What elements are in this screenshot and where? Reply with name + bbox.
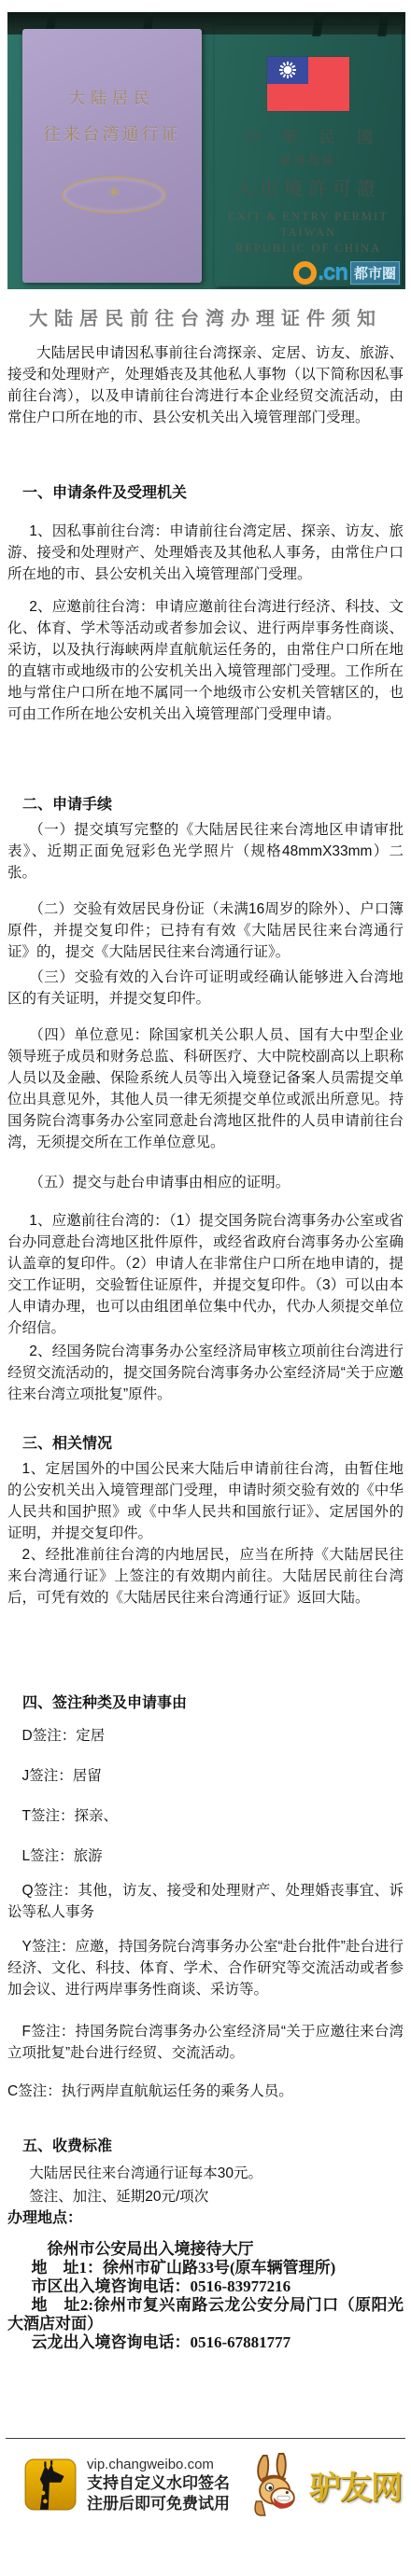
location-phone2: 云龙出入境咨询电话：0516-67881777: [7, 2333, 404, 2352]
fee-line: 大陆居民往来台湾通行证每本30元。: [7, 2163, 404, 2184]
visa-type-j: J签注：居留: [7, 1765, 404, 1787]
changweibo-slogan-1: 支持自定义水印签名: [87, 2473, 230, 2493]
section2-paragraph: （三）交验有效的入台许可证明或经确认能够进入台湾地区的有关证明，并提交复印件。: [7, 967, 404, 1010]
section2-paragraph: 2、经国务院台湾事务办公室经济局审核立项前往台湾进行经贸交流活动的，提交国务院台…: [7, 1341, 404, 1405]
notice-body: 大陆居民申请因私事前往台湾探亲、定居、访友、旅游、接受和处理财产，处理婚丧及其他…: [0, 342, 411, 2352]
changweibo-slogan-2: 注册后即可免费试用: [87, 2494, 230, 2513]
taiwan-entry-permit-booklet: 中 華 民 國 臺灣地區 入出境許可證 EXIT & ENTRY PERMIT …: [215, 25, 402, 286]
roc-title: 中 華 民 國: [215, 124, 402, 147]
section1-paragraph: 2、应邀前往台湾：申请应邀前往台湾进行经济、科技、文化、体育、学术等活动或者参加…: [7, 596, 404, 725]
footer-divider: [6, 2438, 405, 2439]
mainland-travel-permit-booklet: 大陆居民 往来台湾通行证 ✶: [22, 29, 202, 283]
taiwan-flag-icon: [267, 57, 349, 111]
white-sun-icon: [277, 60, 298, 80]
location-address2: 地 址2:徐州市复兴南路云龙公安分局门口（原阳光大酒店对面）: [7, 2296, 404, 2333]
section3-paragraph: 1、定居国外的中国公民来大陆后申请前往台湾，由暂住地的公安机关出入境管理部门受理…: [7, 1458, 404, 1544]
location-venue: 徐州市公安局出入境接待大厅: [7, 2240, 404, 2259]
lvyou-logo: 驴友网: [246, 2452, 402, 2517]
roc-label-en: REPUBLIC OF CHINA: [215, 242, 402, 256]
visa-type-l: L签注：旅游: [7, 1845, 404, 1867]
visa-type-d: D签注：定居: [7, 1725, 404, 1747]
section1-heading: 一、申请条件及受理机关: [7, 482, 404, 504]
watermark-cn: .cn: [318, 259, 347, 285]
section2-paragraph: （四）单位意见：除国家机关公职人员、国有大中型企业领导班子成员和财务总监、科研医…: [7, 1024, 404, 1153]
section3-paragraph: 2、经批准前往台湾的内地居民，应当在所持《大陆居民往来台湾通行证》上签注的有效期…: [7, 1544, 404, 1608]
section2-paragraph: （五）提交与赴台申请事由相应的证明。: [7, 1172, 404, 1193]
permits-photo: 大陆居民 往来台湾通行证 ✶ 中 華: [7, 12, 405, 289]
brand-name: 驴友网: [309, 2462, 402, 2508]
watermark-o-icon: [293, 261, 317, 285]
locations-heading: 办理地点：: [7, 2207, 404, 2229]
section2-paragraph: （二）交验有效居民身份证（未满16周岁的除外）、户口簿原件，并提交复印件；已持有…: [7, 898, 404, 963]
donkey-icon: [246, 2452, 307, 2517]
gold-emblem-icon: ✶: [62, 176, 166, 214]
fee-line: 签注、加注、延期20元/项次: [7, 2186, 404, 2207]
visa-type-f: F签注：持国务院台湾事务办公室经济局“关于应邀往来台湾立项批复”赴台进行经贸、交…: [7, 2021, 404, 2064]
visa-type-c: C签注：执行两岸直航航运任务的乘务人员。: [7, 2081, 404, 2102]
visa-type-t: T签注：探亲、: [7, 1805, 404, 1827]
intro-paragraph: 大陆居民申请因私事前往台湾探亲、定居、访友、旅游、接受和处理财产，处理婚丧及其他…: [7, 342, 404, 428]
visa-type-q: Q签注：其他，访友、接受和处理财产、处理婚丧事宜、诉讼等私人事务: [7, 1880, 404, 1923]
section2-paragraph: （一）提交填写完整的《大陆居民往来台湾地区申请审批表》、近期正面免冠彩色光学照片…: [7, 819, 404, 884]
section5-heading: 五、收费标准: [7, 2136, 404, 2157]
taiwan-label-en: TAIWAN: [215, 226, 402, 240]
locations-block: 徐州市公安局出入境接待大厅 地 址1：徐州市矿山路33号(原车辆管理所) 市区出…: [7, 2240, 404, 2352]
section3-heading: 三、相关情况: [7, 1433, 404, 1455]
entry-permit-title-cjk: 入出境許可證: [215, 174, 402, 201]
section1-paragraph: 1、因私事前往台湾：申请前往台湾定居、探亲、访友、旅游、接受和处理财产、处理婚丧…: [7, 521, 404, 585]
dushiquan-watermark: .cn 都市圈: [293, 259, 400, 285]
visa-type-y: Y签注：应邀，持国务院台湾事务办公室“赴台批件”赴台进行经济、文化、科技、体育、…: [7, 1936, 404, 2000]
changweibo-giraffe-icon: [24, 2458, 77, 2511]
section2-heading: 二、申请手续: [7, 794, 404, 815]
section2-paragraph: 1、应邀前往台湾的：（1）提交国务院台湾事务办公室或省台办同意赴台湾地区批件原件…: [7, 1210, 404, 1339]
booklet-title-line2: 往来台湾通行证: [22, 121, 202, 146]
entry-permit-title-en: EXIT & ENTRY PERMIT: [215, 210, 402, 224]
watermark-cjk: 都市圈: [350, 261, 400, 285]
section4-heading: 四、签注种类及申请事由: [7, 1692, 404, 1714]
taiwan-area-label: 臺灣地區: [215, 152, 402, 168]
location-phone1: 市区出入境咨询电话：0516-83977216: [7, 2277, 404, 2296]
changweibo-url: vip.changweibo.com: [87, 2457, 230, 2472]
location-address1: 地 址1：徐州市矿山路33号(原车辆管理所): [7, 2259, 404, 2277]
footer: vip.changweibo.com 支持自定义水印签名 注册后即可免费试用 驴…: [24, 2452, 404, 2517]
booklet-title-line1: 大陆居民: [22, 85, 202, 108]
page-title: 大陆居民前往台湾办理证件须知: [0, 303, 411, 330]
flag-canton: [267, 57, 308, 84]
